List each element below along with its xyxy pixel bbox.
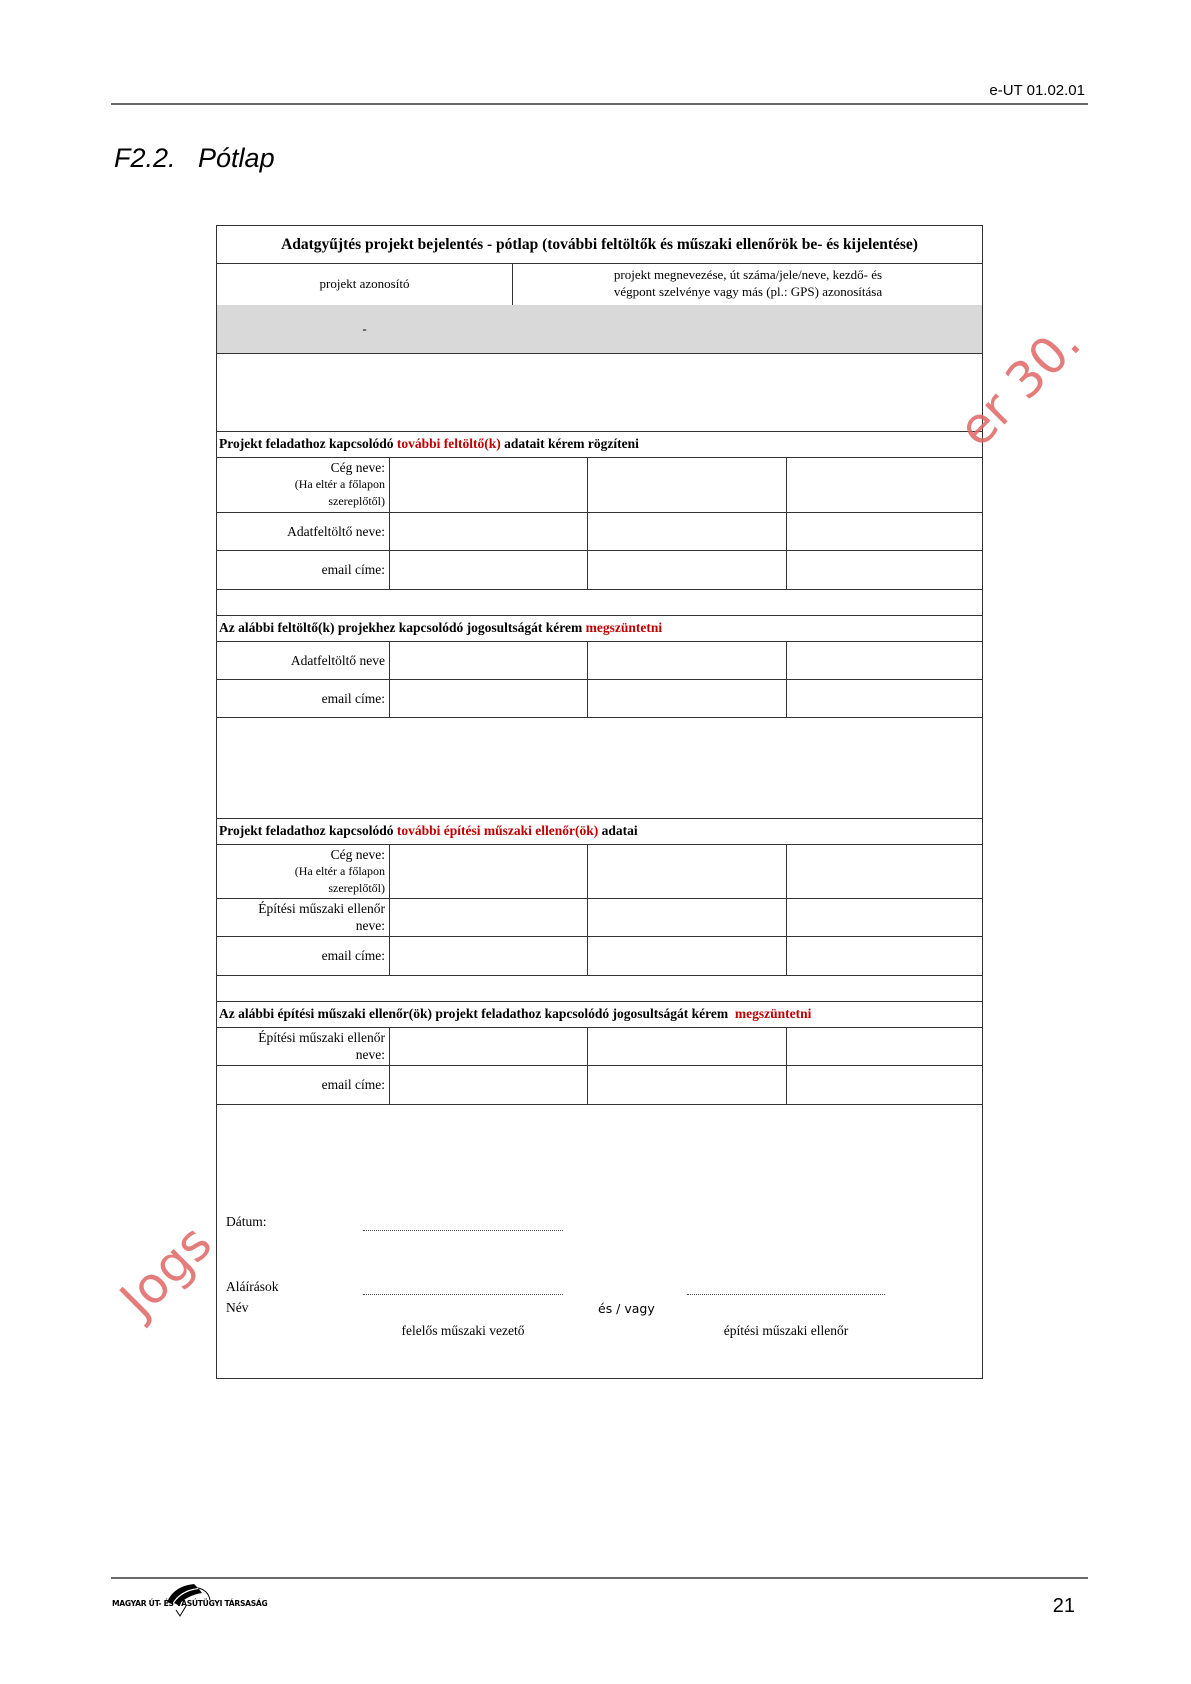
column-divider	[587, 1027, 588, 1104]
row-label-line: Cég neve:	[217, 846, 385, 863]
input-cell[interactable]	[588, 679, 785, 717]
column-divider	[389, 641, 390, 717]
project-desc-header-line1: projekt megnevezése, út száma/jele/neve,…	[512, 266, 984, 283]
input-cell[interactable]	[787, 1027, 983, 1065]
section-heading-1: Projekt feladathoz kapcsolódó további fe…	[219, 431, 639, 457]
divider	[217, 975, 982, 976]
input-cell[interactable]	[787, 457, 983, 512]
input-cell[interactable]	[787, 844, 983, 898]
input-cell[interactable]	[588, 512, 785, 550]
input-cell[interactable]	[588, 898, 785, 936]
input-cell[interactable]	[588, 844, 785, 898]
row-label-line: Cég neve:	[217, 459, 385, 476]
input-cell[interactable]	[390, 1027, 586, 1065]
header-rule	[111, 103, 1088, 105]
name-label: Név	[226, 1300, 249, 1316]
column-divider	[587, 844, 588, 975]
organization-logo: MAGYAR ÚT- ÉS VASÚTÜGYI TÁRSASÁG	[112, 1582, 262, 1622]
section-heading-3: Projekt feladathoz kapcsolódó további ép…	[219, 818, 638, 844]
input-cell[interactable]	[390, 844, 586, 898]
column-divider	[786, 844, 787, 975]
input-cell[interactable]	[588, 457, 785, 512]
input-cell[interactable]	[588, 641, 785, 679]
project-id-field[interactable]: -	[217, 305, 512, 353]
and-or-label: és / vagy	[598, 1301, 655, 1316]
input-cell[interactable]	[390, 457, 586, 512]
column-divider	[786, 1027, 787, 1104]
input-cell[interactable]	[390, 641, 586, 679]
input-cell[interactable]	[588, 1027, 785, 1065]
row-label-line: Adatfeltöltő neve	[217, 652, 385, 669]
form-title: Adatgyűjtés projekt bejelentés - pótlap …	[217, 226, 982, 263]
input-cell[interactable]	[787, 1065, 983, 1104]
input-cell[interactable]	[787, 898, 983, 936]
column-divider	[389, 457, 390, 589]
row-label-line: Építési műszaki ellenőr	[217, 1029, 385, 1046]
row-label-line: email címe:	[217, 1076, 385, 1093]
project-desc-header: projekt megnevezése, út száma/jele/neve,…	[512, 263, 984, 305]
heading-highlight: további feltöltő(k)	[397, 436, 501, 451]
row-label-line: (Ha eltér a főlapon	[217, 476, 385, 493]
input-cell[interactable]	[390, 550, 586, 589]
heading-text: Projekt feladathoz kapcsolódó	[219, 823, 397, 838]
divider	[217, 717, 982, 718]
divider	[217, 589, 982, 590]
row-label: Építési műszaki ellenőrneve:	[217, 1027, 387, 1065]
signer-technical-manager: felelős műszaki vezető	[363, 1323, 563, 1339]
row-label: email címe:	[217, 936, 387, 975]
input-cell[interactable]	[588, 550, 785, 589]
page-title: F2.2. Pótlap	[114, 143, 275, 174]
row-label-line: szereplőtől)	[217, 880, 385, 897]
section-heading-4: Az alábbi építési műszaki ellenőr(ök) pr…	[219, 1001, 811, 1027]
row-label: email címe:	[217, 679, 387, 717]
column-divider	[786, 641, 787, 717]
heading-text-end: adatait kérem rögzíteni	[501, 436, 639, 451]
document-code: e-UT 01.02.01	[900, 82, 1085, 99]
row-label: email címe:	[217, 1065, 387, 1104]
section-heading-2: Az alábbi feltöltő(k) projekhez kapcsoló…	[219, 615, 662, 641]
row-label-line: email címe:	[217, 561, 385, 578]
column-divider	[587, 641, 588, 717]
row-label-line: neve:	[217, 917, 385, 934]
row-label-line: szereplőtől)	[217, 493, 385, 510]
project-desc-field[interactable]	[513, 305, 983, 353]
input-cell[interactable]	[787, 679, 983, 717]
row-label: Cég neve:(Ha eltér a főlaponszereplőtől)	[217, 844, 387, 898]
row-label-line: neve:	[217, 1046, 385, 1063]
column-divider	[389, 1027, 390, 1104]
divider	[217, 1104, 982, 1105]
input-cell[interactable]	[390, 936, 586, 975]
column-divider	[786, 457, 787, 589]
row-label: email címe:	[217, 550, 387, 589]
signature-line-inspector[interactable]	[687, 1294, 885, 1295]
row-label: Adatfeltöltő neve:	[217, 512, 387, 550]
page-number: 21	[1030, 1595, 1075, 1618]
divider	[217, 353, 982, 354]
input-cell[interactable]	[787, 512, 983, 550]
row-label-line: (Ha eltér a főlapon	[217, 863, 385, 880]
heading-text: Az alábbi feltöltő(k) projekhez kapcsoló…	[219, 620, 586, 635]
row-label-line: Adatfeltöltő neve:	[217, 523, 385, 540]
organization-name: MAGYAR ÚT- ÉS VASÚTÜGYI TÁRSASÁG	[112, 1599, 267, 1608]
signature-line-technical-manager[interactable]	[363, 1294, 563, 1295]
row-label: Építési műszaki ellenőrneve:	[217, 898, 387, 936]
project-desc-header-line2: végpont szelvénye vagy más (pl.: GPS) az…	[512, 283, 984, 300]
row-label-line: email címe:	[217, 690, 385, 707]
input-cell[interactable]	[390, 679, 586, 717]
project-id-header: projekt azonosító	[217, 263, 512, 305]
input-cell[interactable]	[787, 936, 983, 975]
date-signature-line[interactable]	[363, 1230, 563, 1231]
input-cell[interactable]	[787, 550, 983, 589]
input-cell[interactable]	[390, 898, 586, 936]
heading-text: Az alábbi építési műszaki ellenőr(ök) pr…	[219, 1006, 735, 1021]
input-cell[interactable]	[588, 1065, 785, 1104]
date-label: Dátum:	[226, 1214, 267, 1230]
heading-highlight: további építési műszaki ellenőr(ök)	[397, 823, 598, 838]
row-label: Cég neve:(Ha eltér a főlaponszereplőtől)	[217, 457, 387, 512]
footer-rule	[111, 1577, 1088, 1579]
row-label: Adatfeltöltő neve	[217, 641, 387, 679]
input-cell[interactable]	[588, 936, 785, 975]
heading-text-end: adatai	[598, 823, 637, 838]
column-divider	[389, 844, 390, 975]
signatures-label: Aláírások	[226, 1279, 278, 1295]
watermark-bottom: Jogs	[109, 1214, 223, 1328]
heading-highlight: megszüntetni	[586, 620, 663, 635]
signer-inspector: építési műszaki ellenőr	[687, 1323, 885, 1339]
heading-text: Projekt feladathoz kapcsolódó	[219, 436, 397, 451]
input-cell[interactable]	[787, 641, 983, 679]
heading-highlight: megszüntetni	[735, 1006, 812, 1021]
column-divider	[587, 457, 588, 589]
input-cell[interactable]	[390, 512, 586, 550]
supplement-form: Adatgyűjtés projekt bejelentés - pótlap …	[216, 225, 983, 1379]
input-cell[interactable]	[390, 1065, 586, 1104]
row-label-line: email címe:	[217, 947, 385, 964]
row-label-line: Építési műszaki ellenőr	[217, 900, 385, 917]
